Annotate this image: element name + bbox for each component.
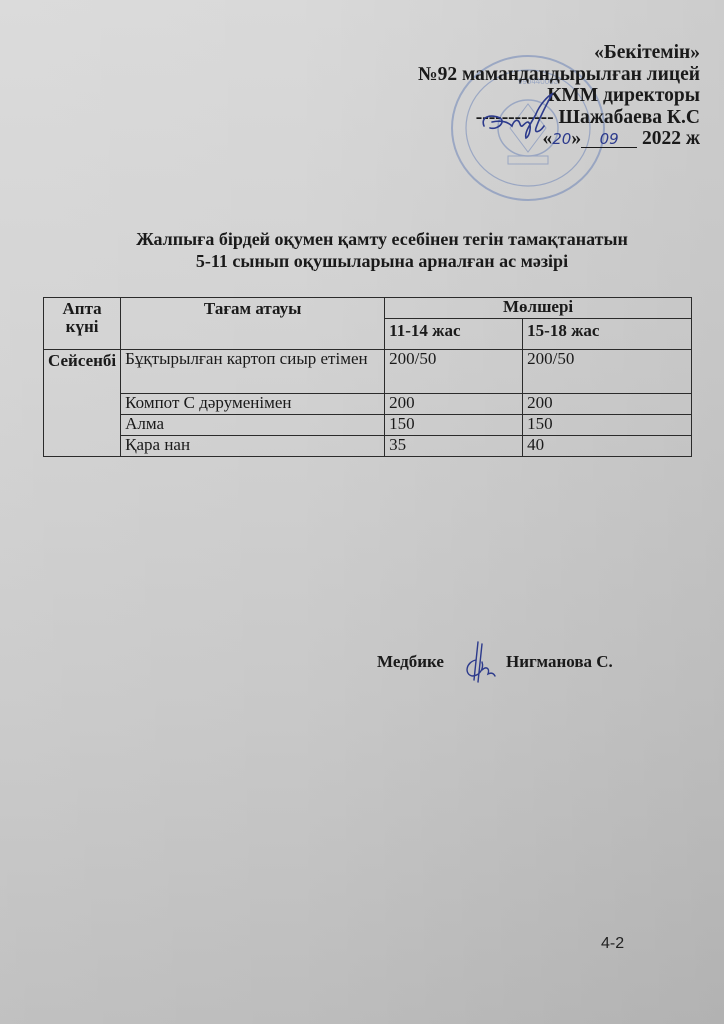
dish-cell: Компот С дәруменімен	[121, 394, 385, 415]
qty-15-18-cell: 200/50	[523, 350, 692, 394]
dish-cell: Алма	[121, 415, 385, 436]
nurse-role: Медбике	[377, 652, 444, 671]
table-row: Сейсенбі Бұқтырылған картоп сиыр етімен …	[44, 350, 692, 394]
title-line-2: 5-11 сынып оқушыларына арналған ас мәзір…	[0, 250, 724, 272]
nurse-name: Нигманова С.	[506, 652, 613, 671]
nurse-signature-icon	[462, 640, 496, 684]
table-row: Компот С дәруменімен 200 200	[44, 394, 692, 415]
qty-11-14-cell: 35	[385, 436, 523, 457]
qty-11-14-cell: 150	[385, 415, 523, 436]
page-number: 4-2	[601, 935, 624, 953]
qty-15-18-cell: 40	[523, 436, 692, 457]
header-quantity: Мөлшері	[385, 298, 692, 319]
approval-date: «20»09 2022 ж	[418, 128, 700, 151]
qty-15-18-cell: 200	[523, 394, 692, 415]
date-year: 2022 ж	[637, 128, 700, 149]
approval-block: «Бекітемін» №92 мамандандырылған лицей К…	[418, 42, 700, 151]
qty-11-14-cell: 200/50	[385, 350, 523, 394]
header-age-11-14: 11-14 жас	[385, 319, 523, 350]
approval-org: №92 мамандандырылған лицей	[418, 64, 700, 86]
dish-cell: Қара нан	[121, 436, 385, 457]
menu-table: Апта күні Тағам атауы Мөлшері 11-14 жас …	[43, 297, 692, 457]
header-age-15-18: 15-18 жас	[523, 319, 692, 350]
director-signature-icon	[478, 92, 558, 144]
date-month: 09	[581, 131, 637, 148]
title-line-1: Жалпыға бірдей оқумен қамту есебінен тег…	[0, 228, 724, 250]
document-title: Жалпыға бірдей оқумен қамту есебінен тег…	[0, 228, 724, 272]
paper-shading	[0, 0, 724, 1024]
director-name: Шажабаева К.С	[554, 107, 700, 128]
header-dish: Тағам атауы	[121, 298, 385, 350]
qty-15-18-cell: 150	[523, 415, 692, 436]
day-cell: Сейсенбі	[44, 350, 121, 457]
table-row: Алма 150 150	[44, 415, 692, 436]
dish-cell: Бұқтырылған картоп сиыр етімен	[121, 350, 385, 394]
approval-heading: «Бекітемін»	[418, 42, 700, 64]
qty-11-14-cell: 200	[385, 394, 523, 415]
table-header-row: Апта күні Тағам атауы Мөлшері	[44, 298, 692, 319]
date-quote-close: »	[571, 128, 581, 149]
table-row: Қара нан 35 40	[44, 436, 692, 457]
approval-signatory: ------------ Шажабаева К.С	[418, 107, 700, 129]
header-day: Апта күні	[44, 298, 121, 350]
approval-position: КММ директоры	[418, 85, 700, 107]
